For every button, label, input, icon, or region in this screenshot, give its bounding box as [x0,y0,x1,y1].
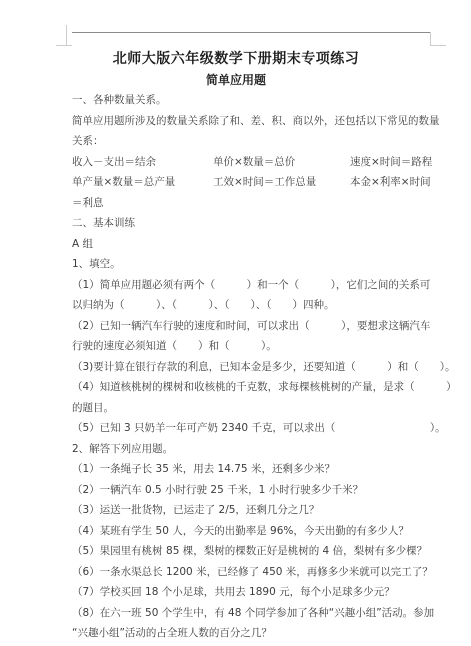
formula-work-efficiency: 工效×时间＝工作总量 [213,172,350,193]
fill-in-heading: 1、填空。 [72,254,464,275]
fill-in-question-line: （2）已知一辆汽车行驶的速度和时间，可以求出（ ），要想求这辆汽车 [72,316,464,337]
formula-unit-yield: 单产量×数量＝总产量 [72,172,213,193]
crop-mark-top-left-vertical [66,25,67,46]
formula-income: 收入－支出＝结余 [72,152,213,173]
solve-question-line: （8）在六一班 50 个学生中，有 48 个同学参加了各种“兴趣小组”活动。参加 [72,603,464,624]
fill-in-question-line: 行驶的速度必须知道（ ）和（ ）。 [72,336,464,357]
section1-intro-line: 关系： [72,131,464,152]
solve-question-line: （5）果园里有桃树 85 棵，梨树的棵数正好是桃树的 4 倍，梨树有多少棵？ [72,541,464,562]
solve-heading: 2、解答下列应用题。 [72,439,464,460]
page-subtitle: 简单应用题 [36,71,436,88]
page-top-border-line [72,32,430,33]
page-title: 北师大版六年级数学下册期末专项练习 [36,48,436,68]
solve-question-line: （3）运送一批货物，已运走了 2/5，还剩几分之几？ [72,500,464,521]
formula-unit-price: 单价×数量＝总价 [213,152,350,173]
fill-in-question-line: （3)要计算在银行存款的利息，已知本金是多少，还要知道（ ）和（ ）。 [72,357,464,378]
fill-in-question-line: 以归纳为（ ）、（ ）、（ ）、（ ）四种。 [72,295,464,316]
solve-question-line: （2）一辆汽车 0.5 小时行驶 25 千米，1 小时行驶多少千米？ [72,480,464,501]
document-page: 北师大版六年级数学下册期末专项练习 简单应用题 一、各种数量关系。 简单应用题所… [0,0,471,646]
formula-speed: 速度×时间＝路程 [350,152,464,173]
formula-principal: 本金×利率×时间 [350,172,464,193]
formula-row: ＝利息 [72,193,464,214]
solve-question-line: （4）某班有学生 50 人，今天的出勤率是 96%，今天出勤的有多少人？ [72,521,464,542]
crop-mark-top-right-vertical [430,32,431,46]
section2-heading: 二、基本训练 [72,213,464,234]
crop-mark-top-left-horizontal [56,45,72,46]
solve-question-line: （6）一条水渠总长 1200 米，已经修了 450 米，再修多少米就可以完工了？ [72,562,464,583]
formula-row: 收入－支出＝结余 单价×数量＝总价 速度×时间＝路程 [72,152,464,173]
solve-question-line: （7）学校买回 18 个小足球，共用去 1890 元，每个小足球多少元？ [72,582,464,603]
fill-in-question-line: （1）简单应用题必须有两个（ ）和一个（ ），它们之间的关系可 [72,275,464,296]
solve-question-line: “兴趣小组”活动的占全班人数的百分之几？ [72,623,464,644]
section1-intro-line: 简单应用题所涉及的数量关系除了和、差、积、商以外，还包括以下常见的数量 [72,111,464,132]
crop-mark-top-right-horizontal [430,45,446,46]
formula-interest-continuation: ＝利息 [72,193,213,214]
document-body: 一、各种数量关系。 简单应用题所涉及的数量关系除了和、差、积、商以外，还包括以下… [72,90,464,644]
group-a-label: A 组 [72,234,464,255]
section1-heading: 一、各种数量关系。 [72,90,464,111]
solve-question-line: （1）一条绳子长 35 米，用去 14.75 米，还剩多少米？ [72,459,464,480]
formula-row: 单产量×数量＝总产量 工效×时间＝工作总量 本金×利率×时间 [72,172,464,193]
fill-in-question-line: （4）知道核桃树的棵树和收核桃的千克数，求每棵核桃树的产量，是求（ ） [72,377,464,398]
fill-in-question-line: 的题目。 [72,398,464,419]
fill-in-question-line: （5）已知 3 只奶羊一年可产奶 2340 千克，可以求出（ ）。 [72,418,464,439]
